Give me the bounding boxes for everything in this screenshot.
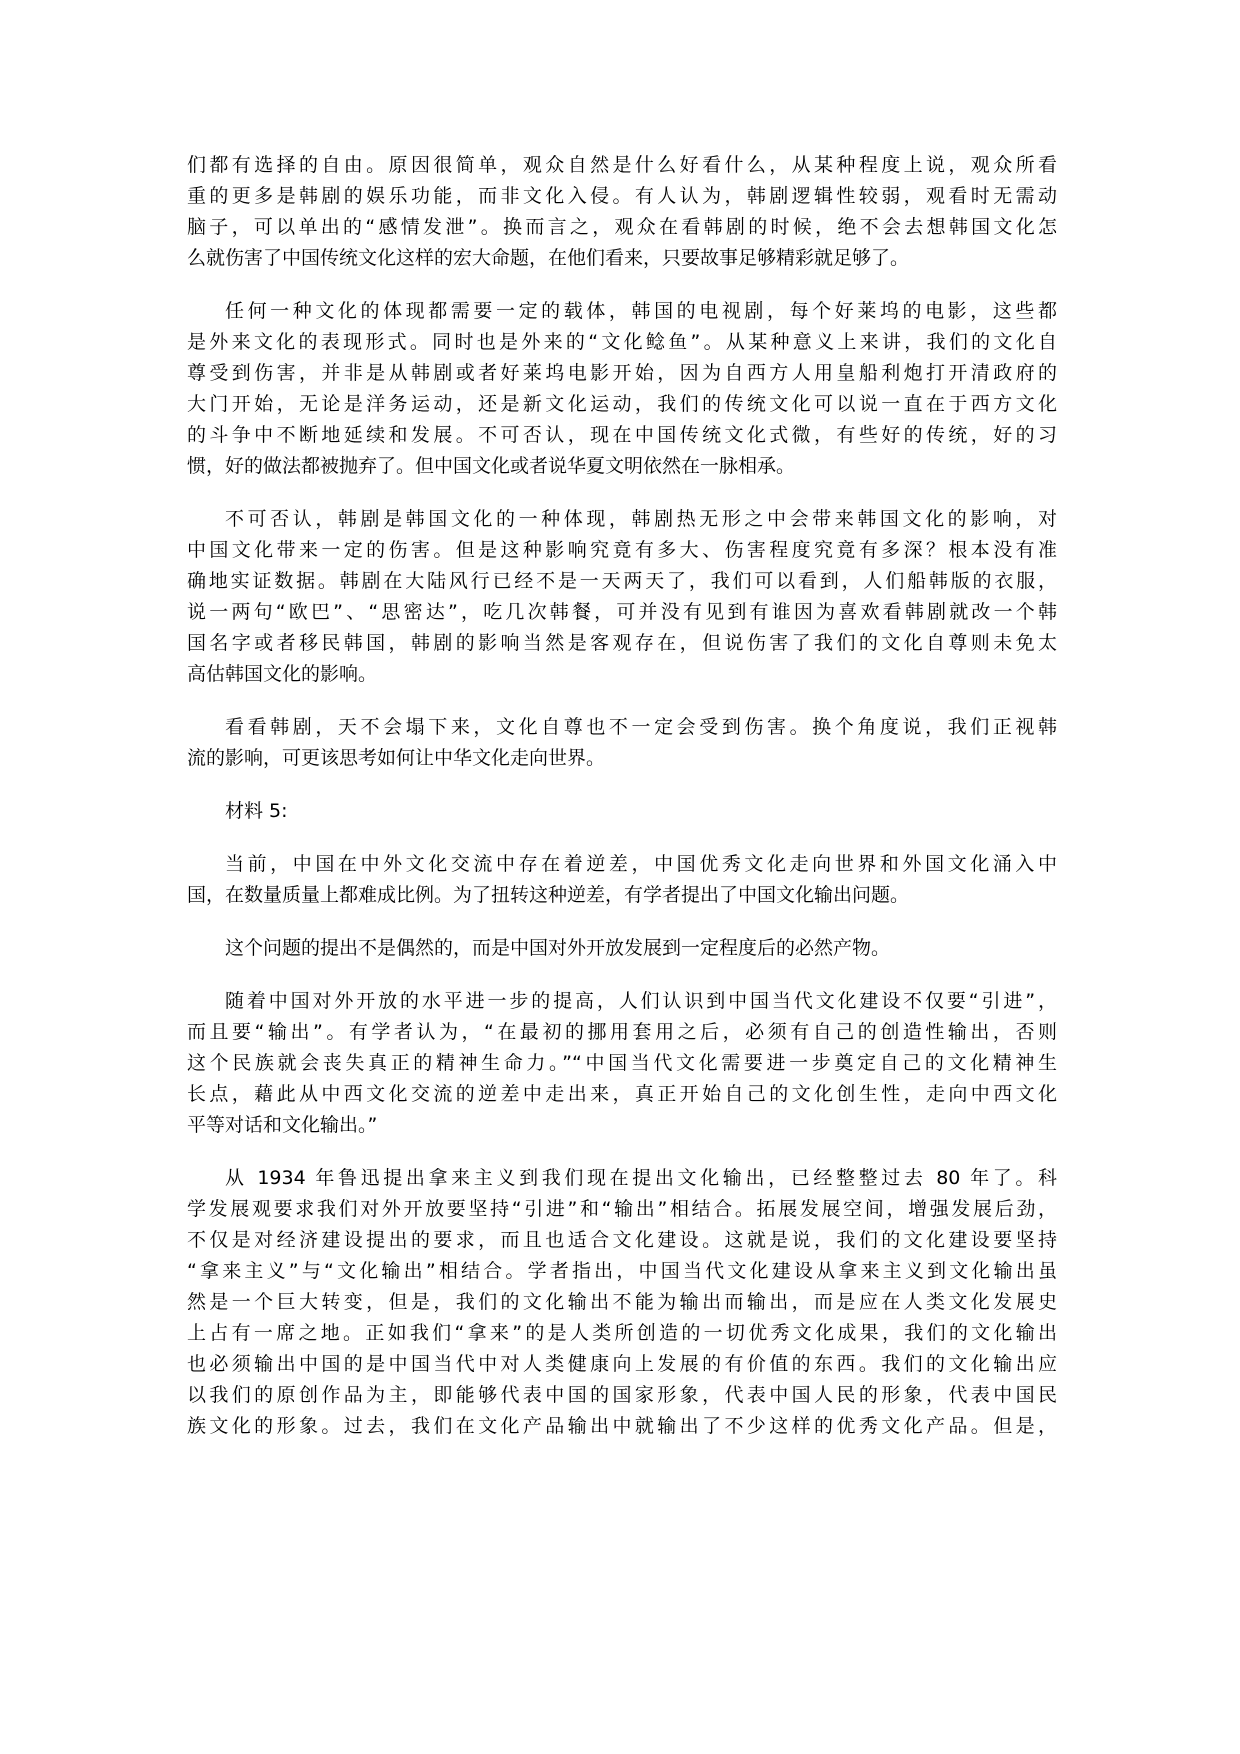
text-line: 们都有选择的自由。原因很简单，观众自然是什么好看什么，从某种程度上说，观众所看 [187,150,1057,181]
text-line: 中国文化带来一定的伤害。但是这种影响究竟有多大、伤害程度究竟有多深？根本没有准 [187,535,1057,566]
text-line: 看看韩剧，天不会塌下来，文化自尊也不一定会受到伤害。换个角度说，我们正视韩 [187,712,1057,743]
text-line: “拿来主义”与“文化输出”相结合。学者指出，中国当代文化建设从拿来主义到文化输出… [187,1256,1057,1287]
text-line: 以我们的原创作品为主，即能够代表中国的国家形象，代表中国人民的形象，代表中国民 [187,1380,1057,1411]
text-line: 尊受到伤害，并非是从韩剧或者好莱坞电影开始，因为自西方人用皇船利炮打开清政府的 [187,358,1057,389]
text-line: 是外来文化的表现形式。同时也是外来的“文化鲶鱼”。从某种意义上来讲，我们的文化自 [187,327,1057,358]
text-line: 随着中国对外开放的水平进一步的提高，人们认识到中国当代文化建设不仅要“引进”， [187,986,1057,1017]
text-line: 当前，中国在中外文化交流中存在着逆差，中国优秀文化走向世界和外国文化涌入中 [187,849,1057,880]
text-line: 不可否认，韩剧是韩国文化的一种体现，韩剧热无形之中会带来韩国文化的影响，对 [187,504,1057,535]
text-line: 从 1934 年鲁迅提出拿来主义到我们现在提出文化输出，已经整整过去 80 年了… [187,1163,1057,1194]
text-line: 国名字或者移民韩国，韩剧的影响当然是客观存在，但说伤害了我们的文化自尊则未免太 [187,628,1057,659]
text-line: 学发展观要求我们对外开放要坚持“引进”和“输出”相结合。拓展发展空间，增强发展后… [187,1194,1057,1225]
text-line: 然是一个巨大转变，但是，我们的文化输出不能为输出而输出，而是应在人类文化发展史 [187,1287,1057,1318]
text-line: 长点，藉此从中西文化交流的逆差中走出来，真正开始自己的文化创生性，走向中西文化 [187,1079,1057,1110]
text-line: 上占有一席之地。正如我们“拿来”的是人类所创造的一切优秀文化成果，我们的文化输出 [187,1318,1057,1349]
text-line: 脑子，可以单出的“感情发泄”。换而言之，观众在看韩剧的时候，绝不会去想韩国文化怎 [187,212,1057,243]
text-line: 任何一种文化的体现都需要一定的载体，韩国的电视剧，每个好莱坞的电影，这些都 [187,296,1057,327]
text-line: 么就伤害了中国传统文化这样的宏大命题，在他们看来，只要故事足够精彩就足够了。 [187,243,909,274]
text-line: 重的更多是韩剧的娱乐功能，而非文化入侵。有人认为，韩剧逻辑性较弱，观看时无需动 [187,181,1057,212]
text-line: 也必须输出中国的是中国当代中对人类健康向上发展的有价值的东西。我们的文化输出应 [187,1349,1057,1380]
text-line: 不仅是对经济建设提出的要求，而且也适合文化建设。这就是说，我们的文化建设要坚持 [187,1225,1057,1256]
text-line: 这个问题的提出不是偶然的，而是中国对外开放发展到一定程度后的必然产物。 [187,933,890,964]
text-line: 的斗争中不断地延续和发展。不可否认，现在中国传统文化式微，有些好的传统，好的习 [187,420,1057,451]
text-line: 惯，好的做法都被抛弃了。但中国文化或者说华夏文明依然在一脉相承。 [187,451,795,482]
text-line: 国，在数量质量上都难成比例。为了扭转这种逆差，有学者提出了中国文化输出问题。 [187,880,909,911]
text-line: 高估韩国文化的影响。 [187,659,377,690]
text-line: 说一两句“欧巴”、“思密达”，吃几次韩餐，可并没有见到有谁因为喜欢看韩剧就改一个… [187,597,1057,628]
text-line: 确地实证数据。韩剧在大陆风行已经不是一天两天了，我们可以看到，人们船韩版的衣服， [187,566,1057,597]
text-line: 族文化的形象。过去，我们在文化产品输出中就输出了不少这样的优秀文化产品。但是， [187,1411,1057,1442]
text-line: 而且要“输出”。有学者认为，“在最初的挪用套用之后，必须有自己的创造性输出，否则 [187,1017,1057,1048]
text-line: 这个民族就会丧失真正的精神生命力。”“中国当代文化需要进一步奠定自己的文化精神生 [187,1048,1057,1079]
section-label: 材料 5: [187,796,288,827]
text-line: 大门开始，无论是洋务运动，还是新文化运动，我们的传统文化可以说一直在于西方文化 [187,389,1057,420]
text-line: 流的影响，可更该思考如何让中华文化走向世界。 [187,743,605,774]
text-line: 平等对话和文化输出。” [187,1110,377,1141]
